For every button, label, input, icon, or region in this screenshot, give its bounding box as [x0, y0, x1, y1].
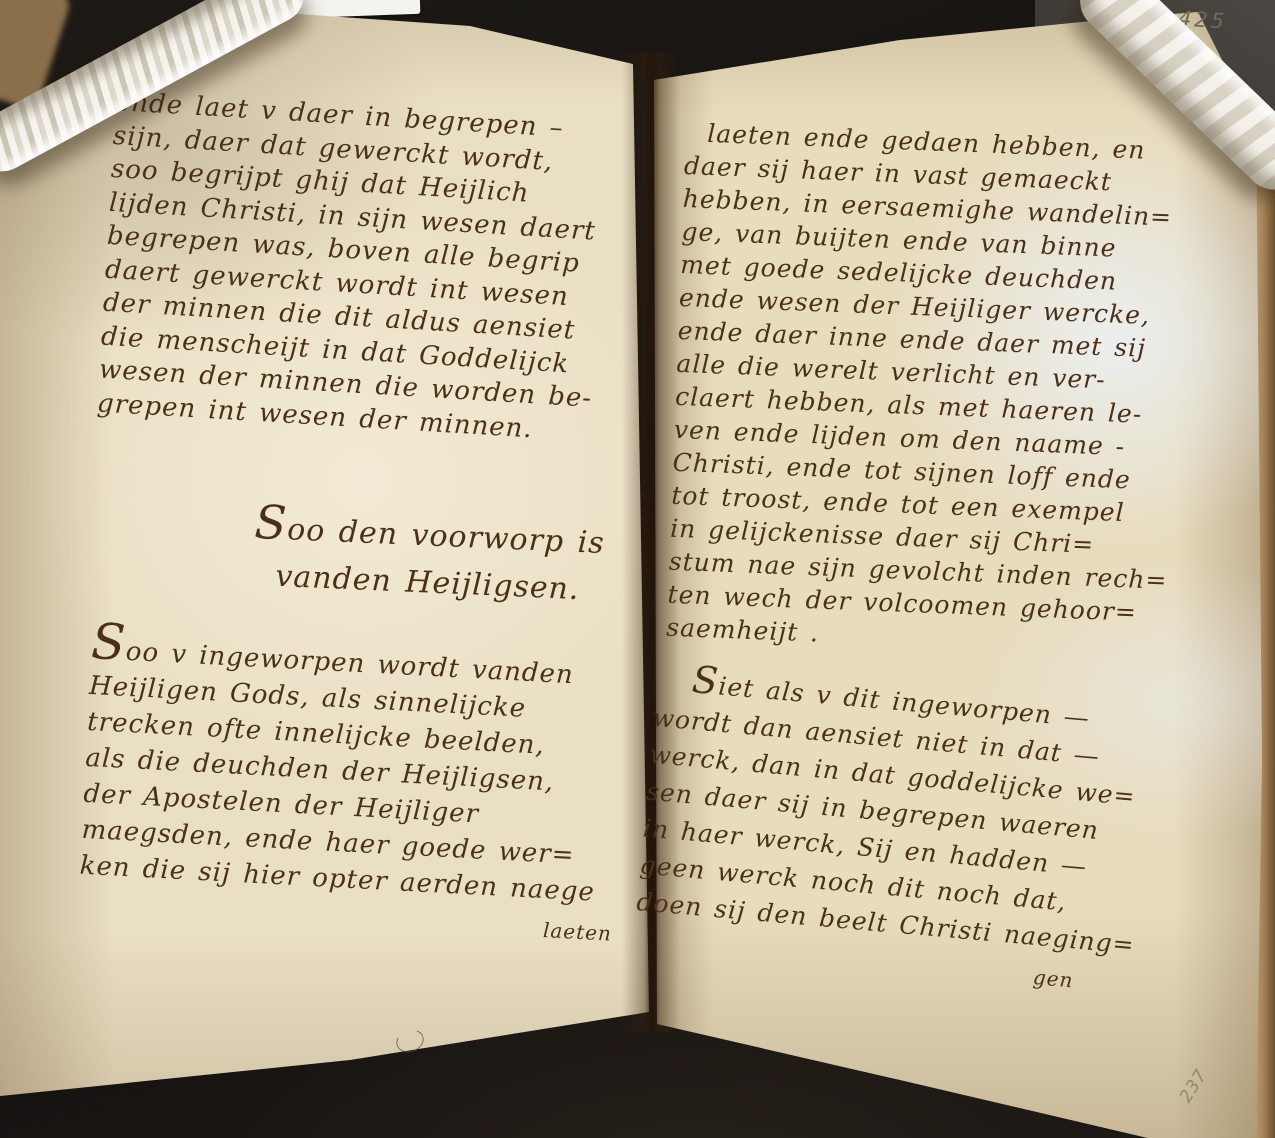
- right-page-paragraph-2: Siet als v dit ingeworpen —wordt dan aen…: [632, 658, 1216, 1010]
- left-page-heading: Soo den voorworp isvanden Heijligsen.: [232, 498, 626, 615]
- left-page-paragraph-2: Soo v ingeworpen wordt vandenHeijligen G…: [77, 632, 637, 952]
- left-page-paragraph-1: ende laet v daer in begrepen –sijn, daer…: [96, 86, 609, 450]
- manuscript-photo: ende laet v daer in begrepen –sijn, daer…: [0, 0, 1275, 1138]
- right-page-paragraph-1: laeten ende gedaen hebben, endaer sij ha…: [666, 116, 1246, 665]
